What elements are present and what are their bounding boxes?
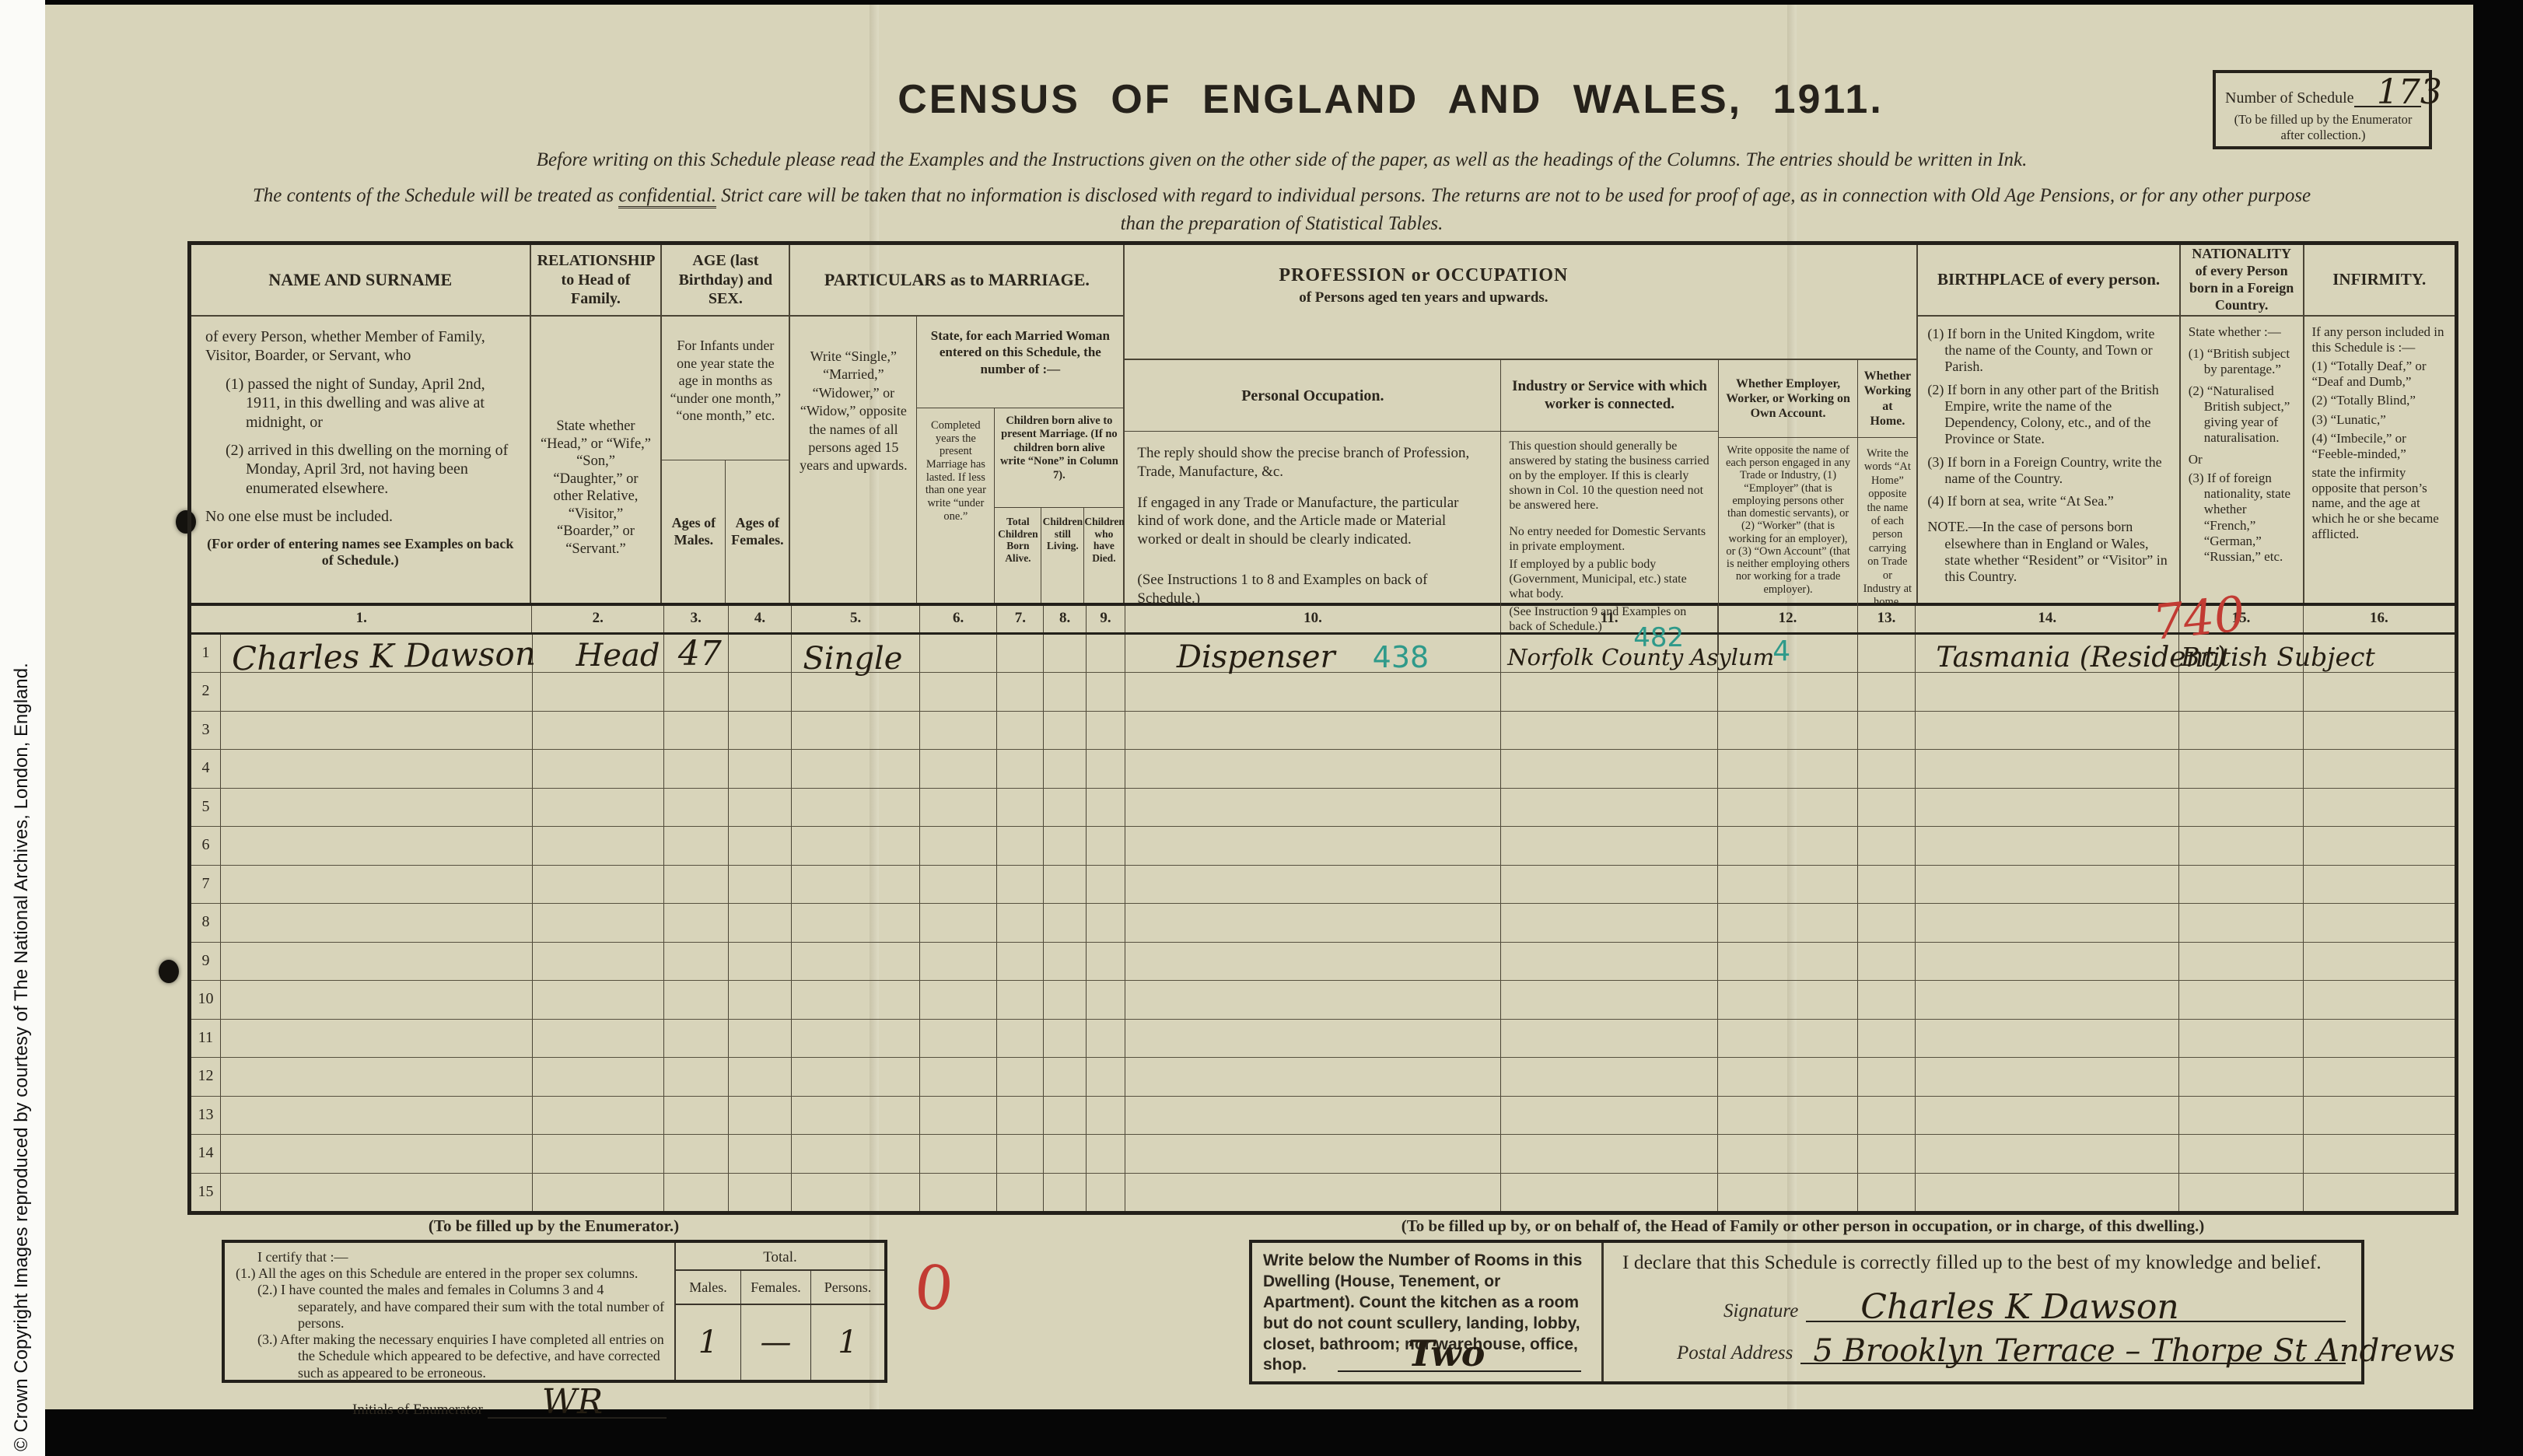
cell-children-born [997,635,1044,672]
census-schedule-page: CENSUS OF ENGLAND AND WALES, 1911. Numbe… [45,5,2473,1409]
postal-address-label: Postal Address [1677,1342,1793,1364]
declaration-text: I declare that this Schedule is correctl… [1622,1251,2346,1274]
row-number: 6 [191,827,221,864]
header-profession-group: PROFESSION or OCCUPATION of Persons aged… [1125,245,1918,603]
row-number: 10 [191,981,221,1018]
header-birthplace-column: BIRTHPLACE of every person. (1) If born … [1918,245,2180,603]
cell-industry: 482 Norfolk County Asylum [1501,635,1718,672]
confidential-word: confidential. [618,185,716,208]
totals-table: Total. Males. Females. Persons. 1 — 1 [676,1243,884,1380]
table-row: 7 [191,866,2455,904]
row-number: 14 [191,1135,221,1172]
copyright-strip: © Crown Copyright Images reproduced by c… [0,0,45,1456]
entry-name: Charles K Dawson [231,635,536,678]
copyright-text: © Crown Copyright Images reproduced by c… [11,12,33,1451]
red-zero-annotation: 0 [911,1252,957,1326]
persons-total: 1 [811,1305,884,1380]
schedule-number-box: Number of Schedule 173 (To be filled up … [2213,70,2432,149]
table-row: 11 [191,1020,2455,1058]
children-born-header: Children born alive to present Marriage.… [995,408,1123,508]
instruction-line: Before writing on this Schedule please r… [232,149,2332,171]
name-col-title: NAME AND SURNAME [268,270,452,291]
row-number: 5 [191,789,221,826]
table-row: 2 [191,673,2455,711]
table-row: 5 [191,789,2455,827]
cell-at-home [1858,635,1916,672]
row-number: 3 [191,712,221,749]
header-relationship-column: RELATIONSHIP to Head of Family. State wh… [531,245,663,603]
header-age-column: AGE (last Birthday) and SEX. For Infants… [662,245,790,603]
females-total: — [741,1305,811,1380]
row-number: 1 [191,635,221,672]
row-number: 8 [191,904,221,941]
header-nationality-column: NATIONALITY of every Person born in a Fo… [2181,245,2304,603]
occupation-code-annotation: 438 [1373,640,1429,674]
head-of-family-section-header: (To be filled up by, or on behalf of, th… [1181,1216,2425,1236]
page-title: CENSUS OF ENGLAND AND WALES, 1911. [807,76,1974,123]
males-label: Males. [676,1271,741,1304]
row-number: 12 [191,1058,221,1095]
ages-of-females-header: Ages of Females. [726,460,789,603]
table-row: 9 [191,943,2455,981]
industry-code-annotation: 482 [1633,622,1684,653]
cell-children-died [1087,635,1125,672]
cell-birthplace: Tasmania (Resident) [1916,635,2179,672]
entry-age: 47 [678,634,722,674]
entry-nationality: British Subject [2181,642,2375,672]
schedule-number-value: 173 [2377,72,2442,112]
cell-age-females [729,635,793,672]
cell-age-males: 47 [664,635,729,672]
head-of-family-box: Write below the Number of Rooms in this … [1249,1240,2364,1384]
marriage-years-header: Completed years the present Marriage has… [917,408,995,603]
signature-value: Charles K Dawson [1860,1287,2178,1327]
enumerator-section-header: (To be filled up by the Enumerator.) [204,1216,904,1236]
cell-name: Charles K Dawson [221,635,533,672]
signature-label: Signature [1723,1300,1798,1322]
schedule-number-note: (To be filled up by the Enumerator after… [2225,112,2421,143]
punch-hole [159,960,179,983]
census-table: NAME AND SURNAME of every Person, whethe… [187,241,2458,1215]
header-marriage-group: PARTICULARS as to MARRIAGE. Write “Singl… [790,245,1125,603]
postal-address-value: 5 Brooklyn Terrace – Thorpe St Andrews [1813,1333,2455,1369]
row-number: 11 [191,1020,221,1057]
persons-label: Persons. [811,1271,884,1304]
table-row-entry: 740 1 Charles K Dawson Head 47 Single [191,635,2455,673]
header-infirmity-column: INFIRMITY. If any person included in thi… [2304,245,2455,603]
confidential-line: The contents of the Schedule will be tre… [115,185,2448,207]
total-header: Total. [676,1243,884,1271]
cell-occupation: Dispenser438 [1125,635,1501,672]
table-row: 4 [191,750,2455,788]
table-row: 10 [191,981,2455,1019]
column-number-row: 1. 2. 3. 4. 5. 6. 7. 8. 9. 10. 11. 12. 1… [191,606,2455,635]
children-born-alive-header: Total Children Born Alive. [995,508,1041,603]
children-living-header: Children still Living. [1041,508,1084,603]
table-header: NAME AND SURNAME of every Person, whethe… [191,245,2455,606]
enumerator-box: I certify that :— (1.) All the ages on t… [222,1240,887,1383]
married-woman-header: State, for each Married Woman entered on… [917,317,1123,408]
entry-relationship: Head [576,638,660,674]
table-row: 12 [191,1058,2455,1096]
declaration-box: I declare that this Schedule is correctl… [1604,1243,2361,1381]
cell-marriage-years [920,635,998,672]
cell-employer-worker: 4 [1718,635,1857,672]
confidential-line-2: than the preparation of Statistical Tabl… [115,213,2448,235]
row-number: 13 [191,1097,221,1134]
ages-of-males-header: Ages of Males. [662,460,726,603]
rooms-box: Write below the Number of Rooms in this … [1252,1243,1604,1381]
table-row: 8 [191,904,2455,942]
children-died-header: Children who have Died. [1084,508,1123,603]
table-row: 13 [191,1097,2455,1135]
row-number: 15 [191,1174,221,1211]
table-row: 6 [191,827,2455,865]
table-row: 15 [191,1174,2455,1211]
red-code-annotation: 740 [2150,585,2248,651]
cell-marriage: Single [792,635,919,672]
table-body: 740 1 Charles K Dawson Head 47 Single [191,635,2455,1211]
row-number: 2 [191,673,221,710]
initials-label: Initials of Enumerator [352,1402,483,1419]
males-total: 1 [676,1305,741,1380]
cell-children-living [1044,635,1087,672]
cell-relationship: Head [533,635,664,672]
entry-occupation: Dispenser438 [1177,639,1429,675]
row-number: 4 [191,750,221,787]
header-name-column: NAME AND SURNAME of every Person, whethe… [191,245,531,603]
rooms-value: Two [1408,1331,1485,1377]
enumerator-initials: WR [542,1382,603,1422]
row-number: 9 [191,943,221,980]
entry-marriage: Single [803,641,902,677]
row-number: 7 [191,866,221,903]
schedule-number-label: Number of Schedule [2225,89,2354,107]
table-row: 14 [191,1135,2455,1173]
entry-employment-code: 4 [1772,635,1790,667]
marriage-single-header: Write “Single,” “Married,” “Widower,” or… [790,317,917,603]
females-label: Females. [741,1271,811,1304]
table-row: 3 [191,712,2455,750]
